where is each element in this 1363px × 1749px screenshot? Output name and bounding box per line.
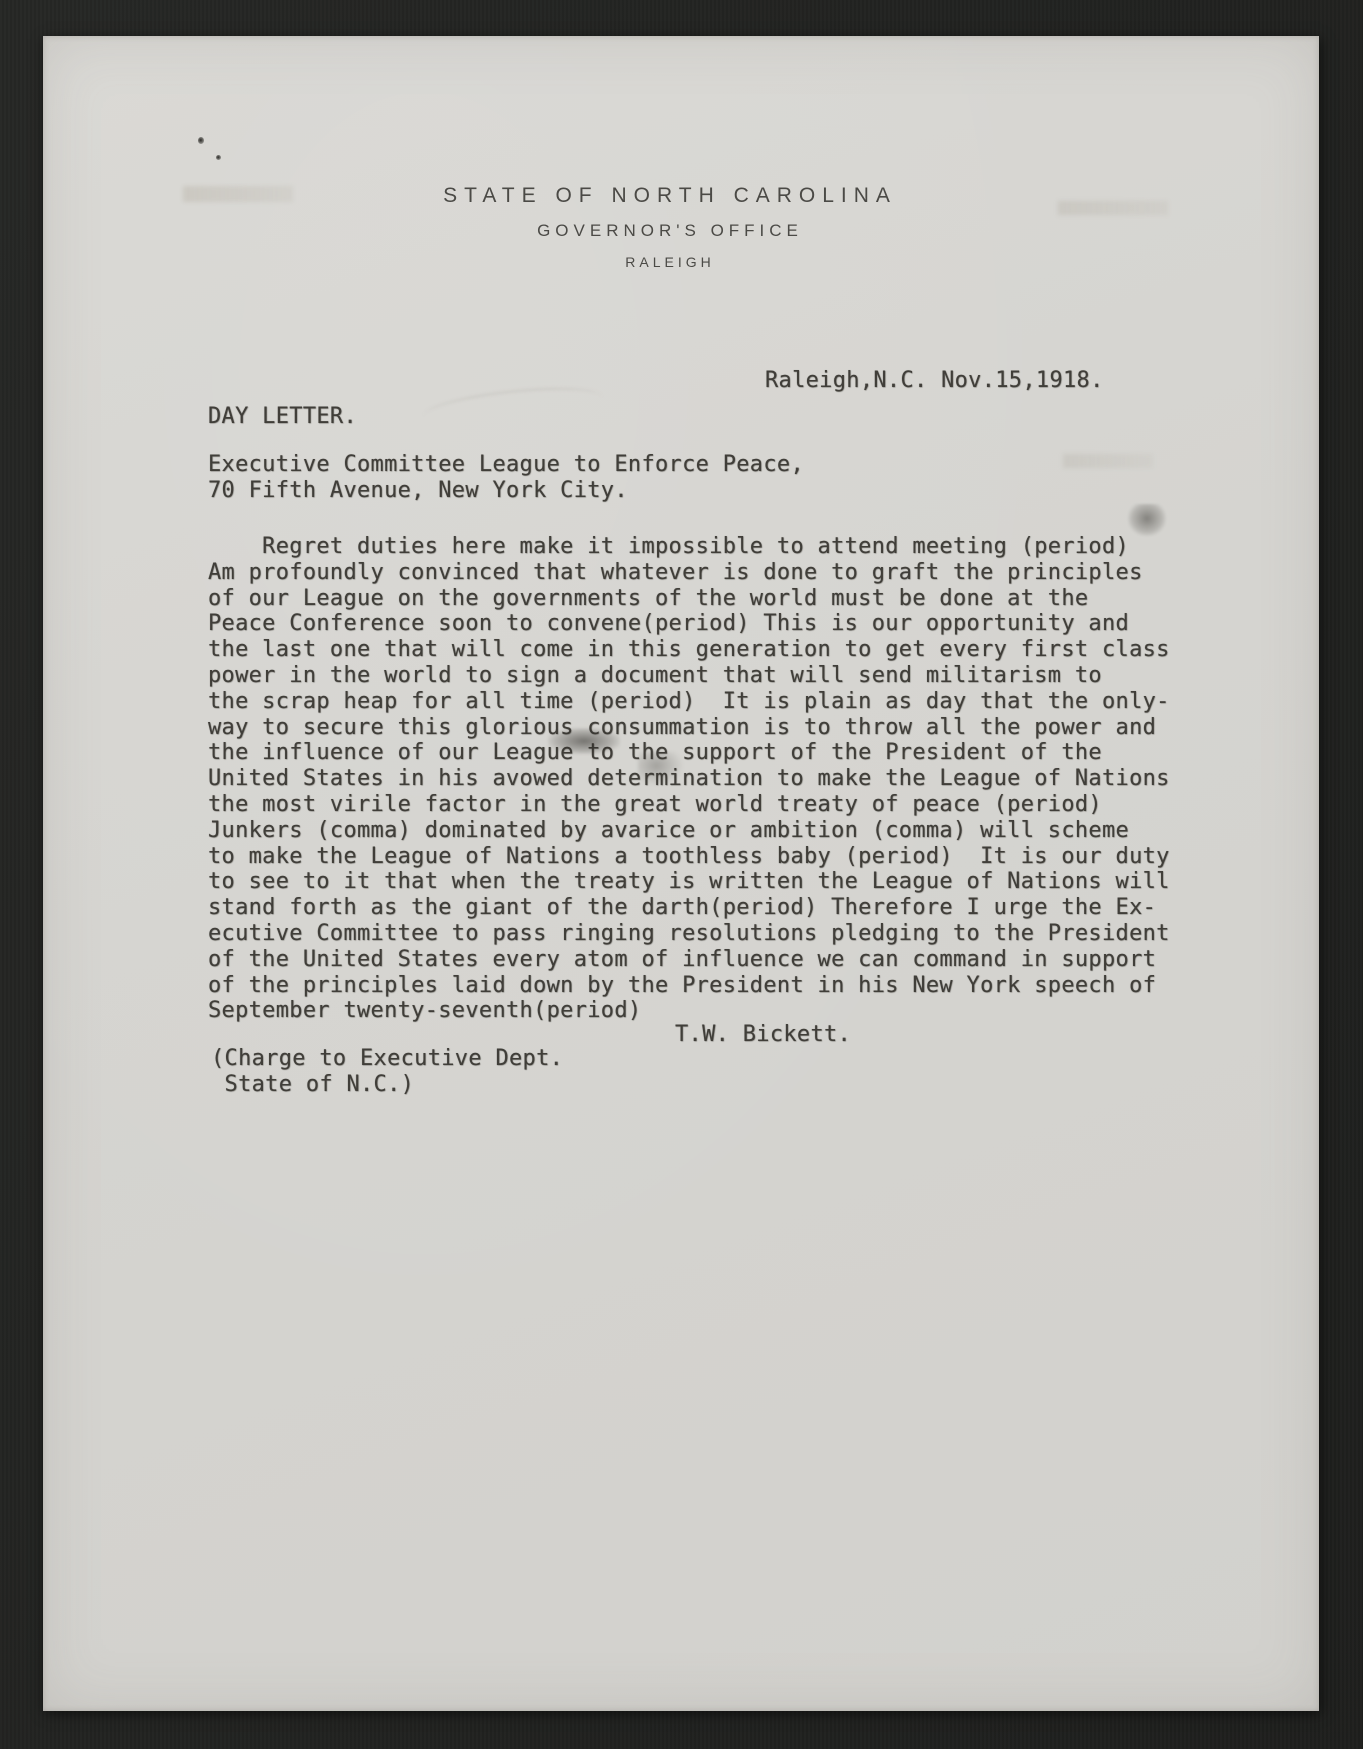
text-line: 70 Fifth Avenue, New York City. [208, 478, 804, 504]
letter-page: STATE OF NORTH CAROLINA GOVERNOR'S OFFIC… [43, 36, 1319, 1711]
text-line: Regret duties here make it impossible to… [208, 534, 1170, 560]
telegram-type-label: DAY LETTER. [208, 404, 357, 430]
letterhead-office-line: GOVERNOR'S OFFICE [32, 221, 1308, 241]
text-line: the most virile factor in the great worl… [208, 792, 1170, 818]
ink-smudge [1128, 504, 1166, 536]
text-line: Peace Conference soon to convene(period)… [208, 611, 1170, 637]
text-line: the scrap heap for all time (period) It … [208, 689, 1170, 715]
text-line: of the principles laid down by the Presi… [208, 973, 1170, 999]
dateline: Raleigh,N.C. Nov.15,1918. [765, 368, 1104, 394]
letterhead-state-line: STATE OF NORTH CAROLINA [32, 184, 1308, 208]
text-line: State of N.C.) [211, 1072, 563, 1098]
signature: T.W. Bickett. [675, 1022, 851, 1048]
pinhole [216, 155, 221, 160]
text-line: to make the League of Nations a toothles… [208, 844, 1170, 870]
text-line: the last one that will come in this gene… [208, 637, 1170, 663]
text-line: United States in his avowed determinatio… [208, 766, 1170, 792]
paper-stain [1063, 454, 1153, 468]
text-line: Junkers (comma) dominated by avarice or … [208, 818, 1170, 844]
text-line: of the United States every atom of influ… [208, 947, 1170, 973]
text-line: September twenty-seventh(period) [208, 998, 1170, 1024]
pinhole [198, 137, 204, 144]
text-line: way to secure this glorious consummation… [208, 715, 1170, 741]
scan-background: STATE OF NORTH CAROLINA GOVERNOR'S OFFIC… [0, 0, 1363, 1749]
text-line: ecutive Committee to pass ringing resolu… [208, 921, 1170, 947]
paper-crease [422, 382, 604, 432]
text-line: of our League on the governments of the … [208, 586, 1170, 612]
letterhead-city-line: RALEIGH [32, 254, 1308, 270]
letter-body: Regret duties here make it impossible to… [208, 534, 1170, 1024]
text-line: power in the world to sign a document th… [208, 663, 1170, 689]
text-line: Executive Committee League to Enforce Pe… [208, 452, 804, 478]
charge-note: (Charge to Executive Dept. State of N.C.… [211, 1046, 563, 1098]
text-line: (Charge to Executive Dept. [211, 1046, 563, 1072]
text-line: stand forth as the giant of the darth(pe… [208, 895, 1170, 921]
recipient-address: Executive Committee League to Enforce Pe… [208, 452, 804, 504]
text-line: the influence of our League to the suppo… [208, 740, 1170, 766]
text-line: to see to it that when the treaty is wri… [208, 869, 1170, 895]
text-line: Am profoundly convinced that whatever is… [208, 560, 1170, 586]
